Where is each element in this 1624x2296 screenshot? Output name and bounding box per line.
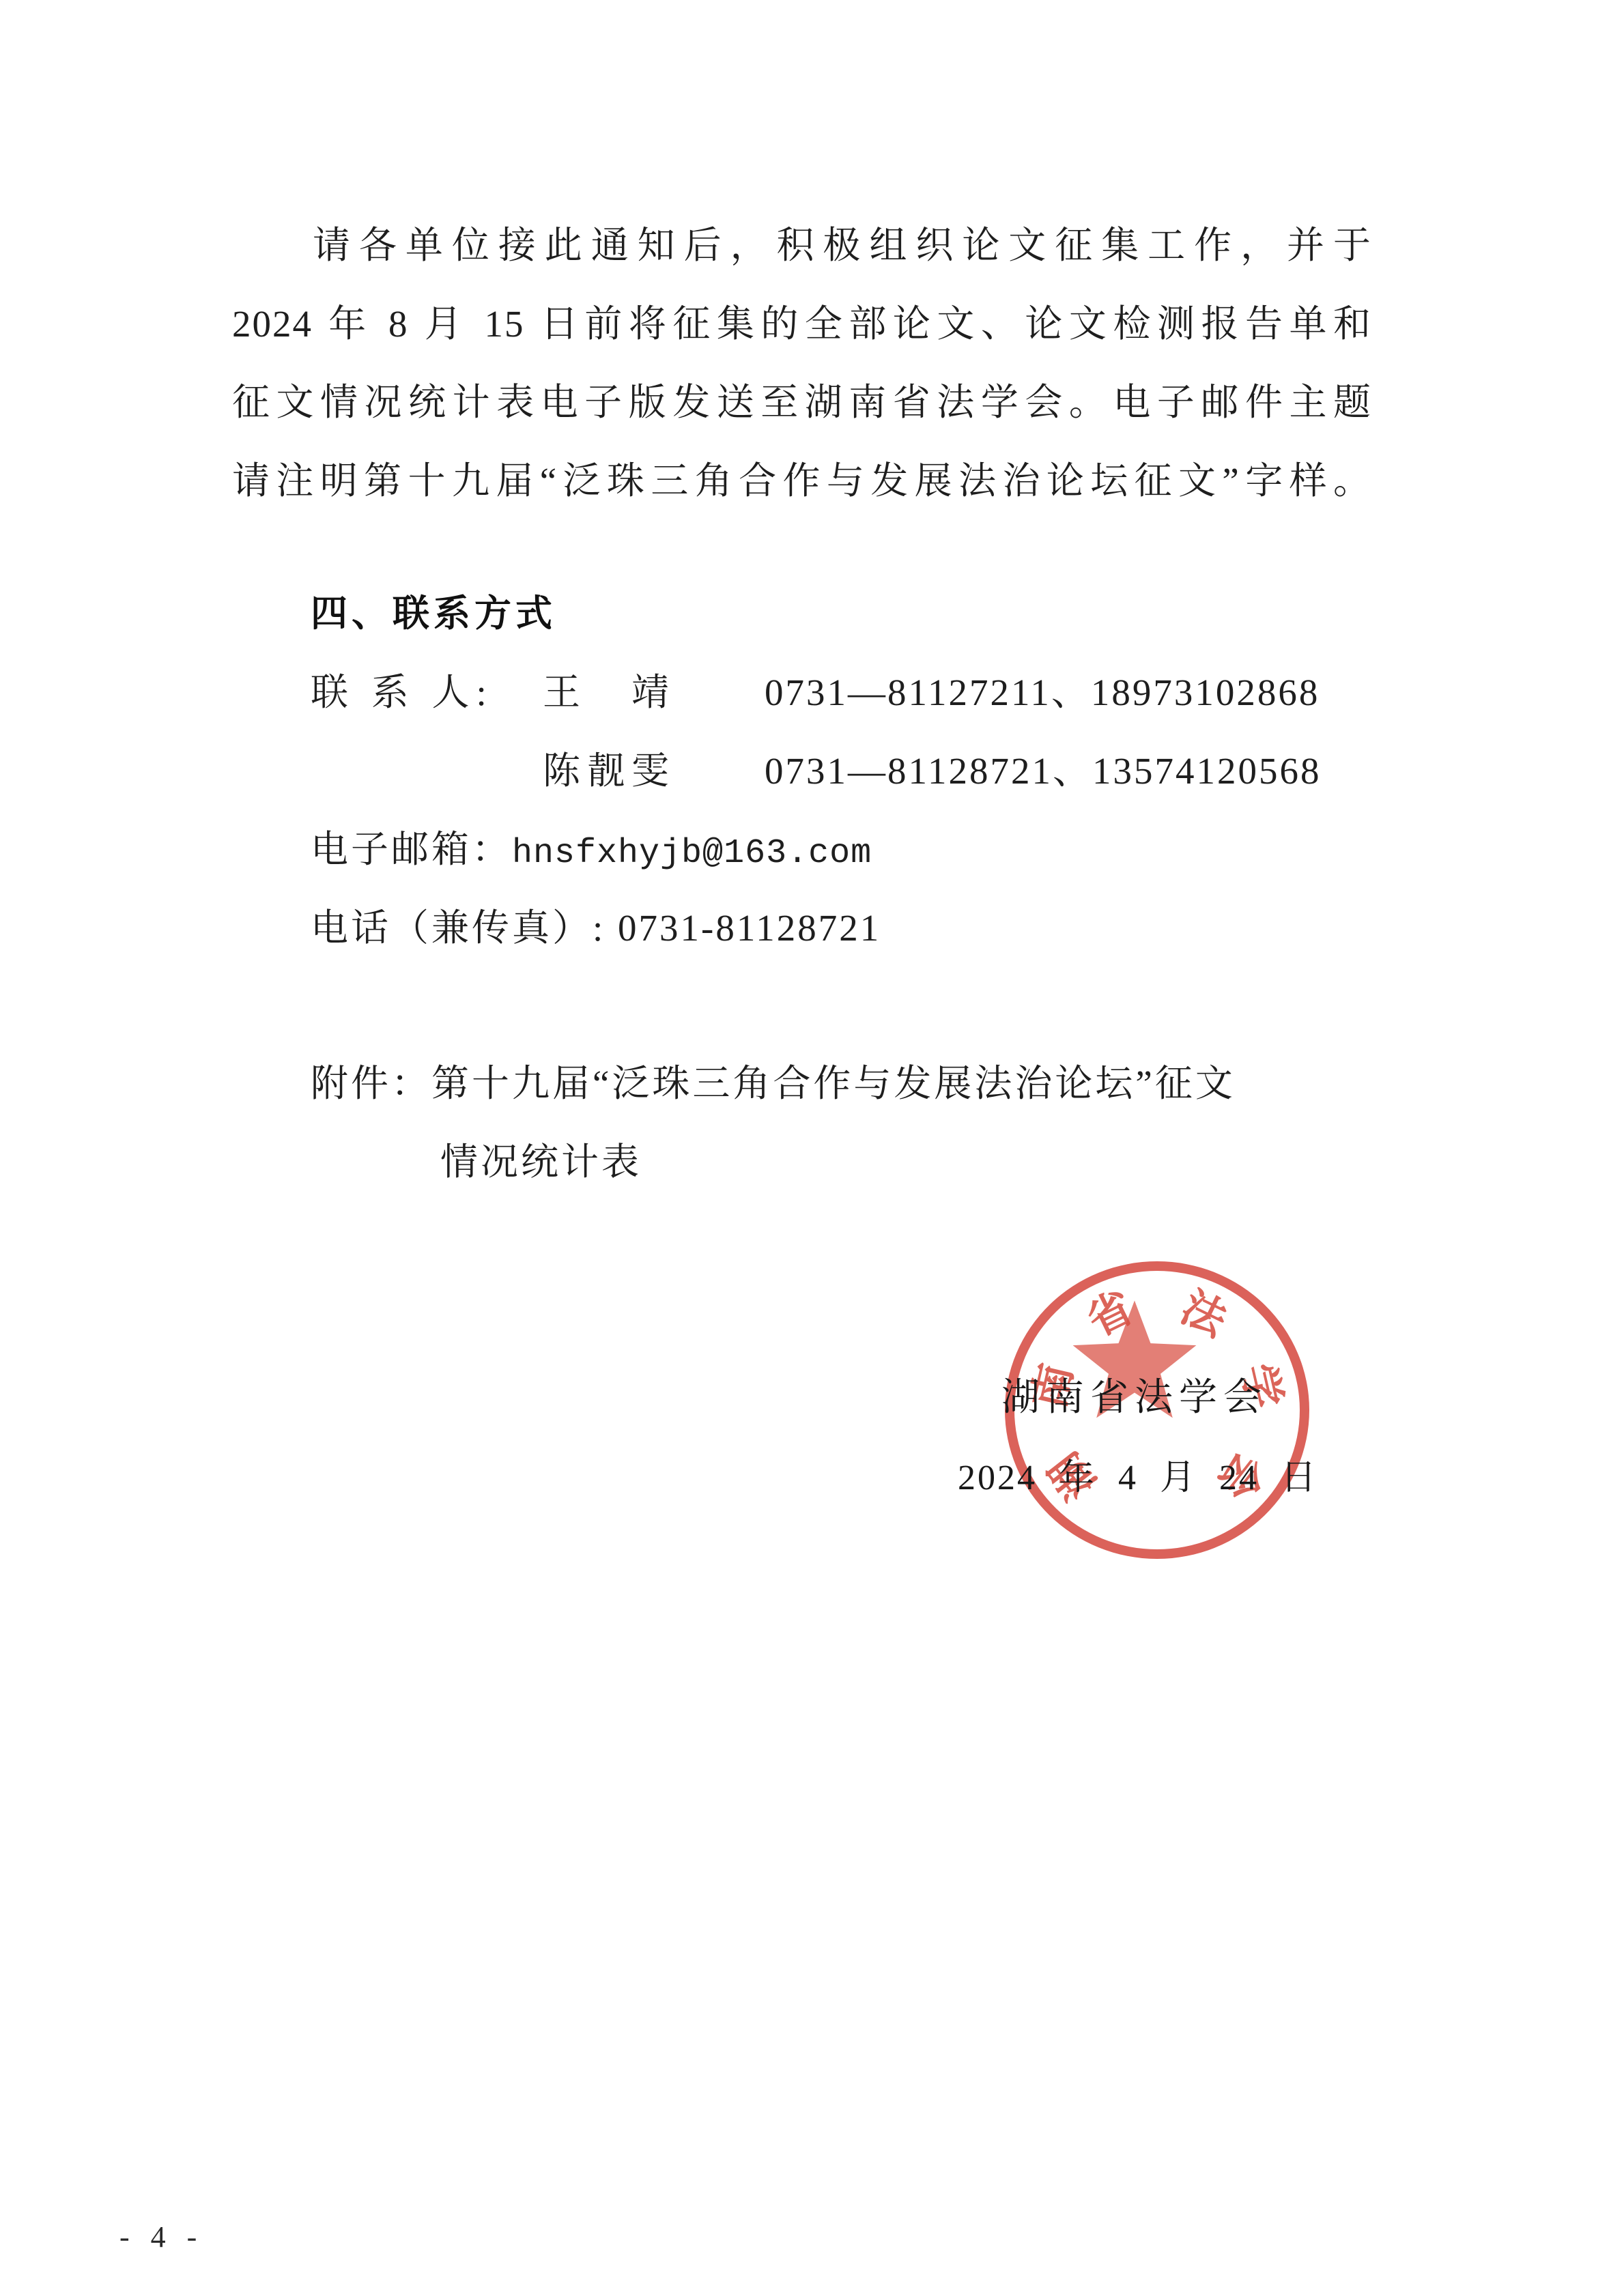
email-row: 电子邮箱：hnsfxhyjb@163.com <box>232 810 1372 889</box>
document-body: 请各单位接此通知后，积极组织论文征集工作，并于 2024 年 8 月 15 日前… <box>232 206 1372 1201</box>
paragraph-line: 请注明第十九届“泛珠三角合作与发展法治论坛征文”字样。 <box>232 442 1372 520</box>
contact-row: 陈靓雯0731—81128721、13574120568 <box>232 732 1372 810</box>
page-number: - 4 - <box>119 2220 203 2254</box>
contact-row: 联 系 人:王 靖0731—81127211、18973102868 <box>232 653 1372 732</box>
contact-label: 联 系 人: <box>311 653 543 732</box>
paragraph-line: 请各单位接此通知后，积极组织论文征集工作，并于 <box>232 206 1372 285</box>
paragraph-line: 2024 年 8 月 15 日前将征集的全部论文、论文检测报告单和 <box>232 285 1372 363</box>
attachment-row: 附件：第十九届“泛珠三角合作与发展法治论坛”征文 <box>232 1044 1372 1123</box>
paragraph-line: 征文情况统计表电子版发送至湖南省法学会。电子邮件主题 <box>232 363 1372 442</box>
email-address: hnsfxhyjb@163.com <box>512 834 872 873</box>
issue-date: 2024 年 4 月 24 日 <box>958 1448 1318 1499</box>
contact-name: 王 靖 <box>543 653 765 732</box>
attachment-title: 第十九届“泛珠三角合作与发展法治论坛”征文 <box>431 1063 1236 1104</box>
phone-fax-number: 0731-81128721 <box>618 907 881 949</box>
section-heading-contact-info: 四、联系方式 <box>232 575 1372 653</box>
issuer-signature: 湖南省法学会 <box>1001 1367 1268 1422</box>
contact-phones: 0731—81128721、13574120568 <box>765 750 1321 792</box>
email-label: 电子邮箱： <box>311 829 512 870</box>
attachment-row-continued: 情况统计表 <box>232 1123 1372 1201</box>
contact-name: 陈靓雯 <box>543 732 765 810</box>
attachment-label: 附件： <box>311 1063 431 1104</box>
contact-phones: 0731—81127211、18973102868 <box>765 672 1320 713</box>
attachment-title-continued: 情况统计表 <box>440 1141 642 1183</box>
phone-fax-label: 电话（兼传真）: <box>311 907 618 949</box>
phone-fax-row: 电话（兼传真）: 0731-81128721 <box>232 889 1372 967</box>
